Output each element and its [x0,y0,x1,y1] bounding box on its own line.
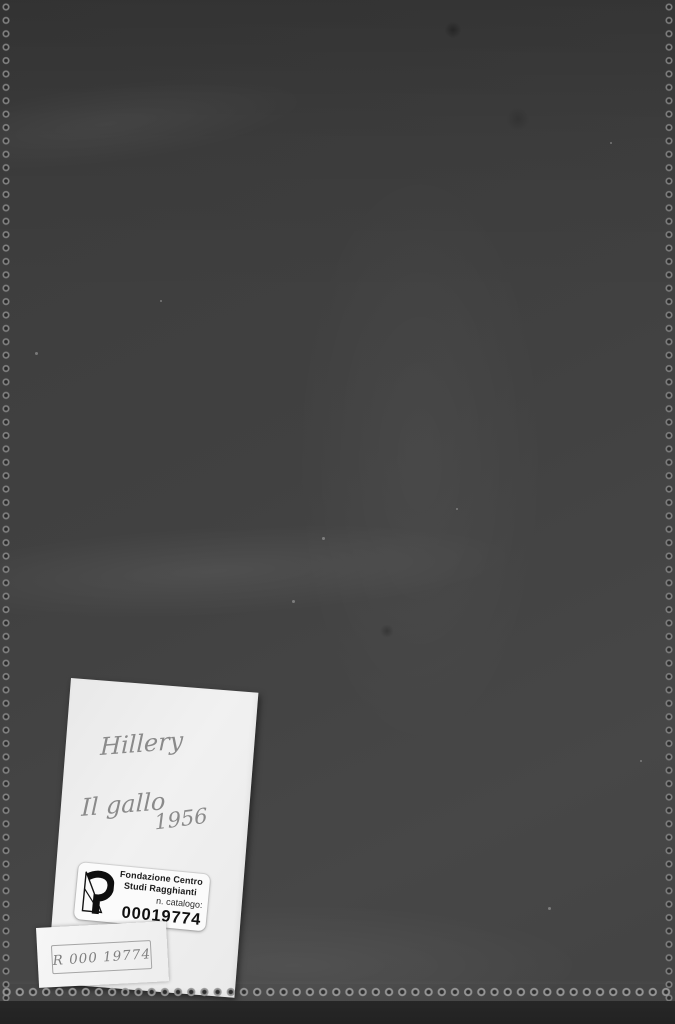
artist-inscription: Hillery [100,726,184,761]
archival-sleeve-scan: R 000 19774 Hillery Il gallo 1956 Fondaz… [0,0,675,1024]
pencil-box: R 000 19774 [51,940,152,974]
scan-edge-bottom [0,1001,675,1024]
catalog-sticker: Fondazione Centro Studi Ragghianti n. ca… [74,862,211,931]
perforation-strip-right [662,0,675,1002]
sticker-text-block: Fondazione Centro Studi Ragghianti n. ca… [114,868,206,928]
reference-slip: R 000 19774 [36,921,169,988]
ragghianti-r-logo-icon [79,868,115,917]
perforation-strip-bottom [0,984,675,1001]
slip-code: R 000 19774 [52,946,151,969]
perforation-strip-left [0,0,13,1002]
title-inscription: Il gallo [81,787,166,822]
